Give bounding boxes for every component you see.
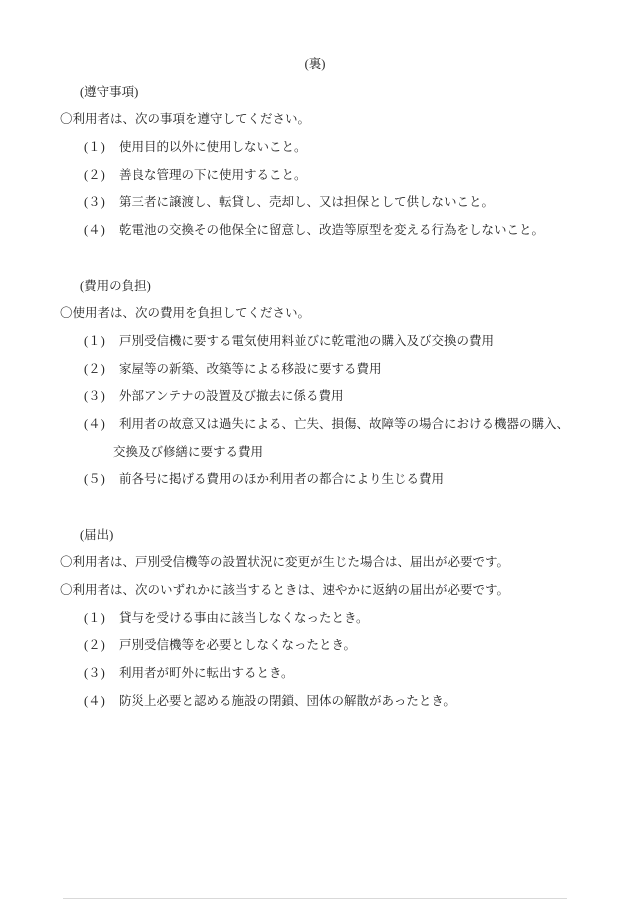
item-number: (５) — [84, 466, 119, 494]
item-number: (２) — [84, 356, 119, 384]
item-text: 戸別受信機に要する電気使用料並びに乾電池の購入及び交換の費用 — [119, 334, 494, 348]
item-number: (１) — [84, 605, 119, 633]
item-text: 家屋等の新築、改築等による移設に要する費用 — [119, 362, 382, 376]
item-number: (３) — [84, 660, 119, 688]
item-text: 防災上必要と認める施設の閉鎖、団体の解散があったとき。 — [119, 694, 456, 708]
list-item: (２)善良な管理の下に使用すること。 — [0, 162, 630, 190]
list-item: (３)利用者が町外に転出するとき。 — [0, 660, 630, 688]
item-continuation: 交換及び修繕に要する費用 — [0, 439, 630, 467]
item-number: (２) — [84, 162, 119, 190]
list-item: (１)戸別受信機に要する電気使用料並びに乾電池の購入及び交換の費用 — [0, 328, 630, 356]
list-item: (１)使用目的以外に使用しないこと。 — [0, 134, 630, 162]
item-text: 利用者の故意又は過失による、亡失、損傷、故障等の場合における機器の購入、 — [119, 417, 569, 431]
list-item: (４)防災上必要と認める施設の閉鎖、団体の解散があったとき。 — [0, 688, 630, 716]
page-edge-line — [63, 898, 567, 899]
item-text: 利用者が町外に転出するとき。 — [119, 666, 294, 680]
list-item: (４)乾電池の交換その他保全に留意し、改造等原型を変える行為をしないこと。 — [0, 217, 630, 245]
item-number: (２) — [84, 632, 119, 660]
item-text: 第三者に譲渡し、転貸し、売却し、又は担保として供しないこと。 — [119, 195, 494, 209]
spacer — [0, 494, 630, 522]
list-item: (２)家屋等の新築、改築等による移設に要する費用 — [0, 356, 630, 384]
section-heading-compliance: (遵守事項) — [0, 79, 630, 107]
spacer — [0, 245, 630, 273]
list-item: (４)利用者の故意又は過失による、亡失、損傷、故障等の場合における機器の購入、 — [0, 411, 630, 439]
item-text: 乾電池の交換その他保全に留意し、改造等原型を変える行為をしないこと。 — [119, 223, 544, 237]
intro-line: 〇利用者は、戸別受信機等の設置状況に変更が生じた場合は、届出が必要です。 — [0, 549, 630, 577]
item-text: 善良な管理の下に使用すること。 — [119, 168, 307, 182]
item-text: 戸別受信機等を必要としなくなったとき。 — [119, 638, 356, 652]
intro-line: 〇使用者は、次の費用を負担してください。 — [0, 300, 630, 328]
item-number: (１) — [84, 328, 119, 356]
intro-line: 〇利用者は、次のいずれかに該当するときは、速やかに返納の届出が必要です。 — [0, 577, 630, 605]
item-number: (４) — [84, 411, 119, 439]
list-item: (３)第三者に譲渡し、転貸し、売却し、又は担保として供しないこと。 — [0, 189, 630, 217]
item-number: (４) — [84, 217, 119, 245]
item-text: 貸与を受ける事由に該当しなくなったとき。 — [119, 611, 369, 625]
list-item: (２)戸別受信機等を必要としなくなったとき。 — [0, 632, 630, 660]
page-side-label: (裏) — [0, 51, 630, 79]
list-item: (５)前各号に掲げる費用のほか利用者の都合により生じる費用 — [0, 466, 630, 494]
item-number: (３) — [84, 383, 119, 411]
item-number: (１) — [84, 134, 119, 162]
item-text: 外部アンテナの設置及び撤去に係る費用 — [119, 389, 344, 403]
document-page: (裏) (遵守事項) 〇利用者は、次の事項を遵守してください。 (１)使用目的以… — [0, 0, 630, 903]
item-text: 使用目的以外に使用しないこと。 — [119, 140, 307, 154]
section-heading-notification: (届出) — [0, 522, 630, 550]
section-heading-costs: (費用の負担) — [0, 273, 630, 301]
item-text: 前各号に掲げる費用のほか利用者の都合により生じる費用 — [119, 472, 444, 486]
list-item: (３)外部アンテナの設置及び撤去に係る費用 — [0, 383, 630, 411]
item-number: (４) — [84, 688, 119, 716]
item-number: (３) — [84, 189, 119, 217]
intro-line: 〇利用者は、次の事項を遵守してください。 — [0, 106, 630, 134]
list-item: (１)貸与を受ける事由に該当しなくなったとき。 — [0, 605, 630, 633]
